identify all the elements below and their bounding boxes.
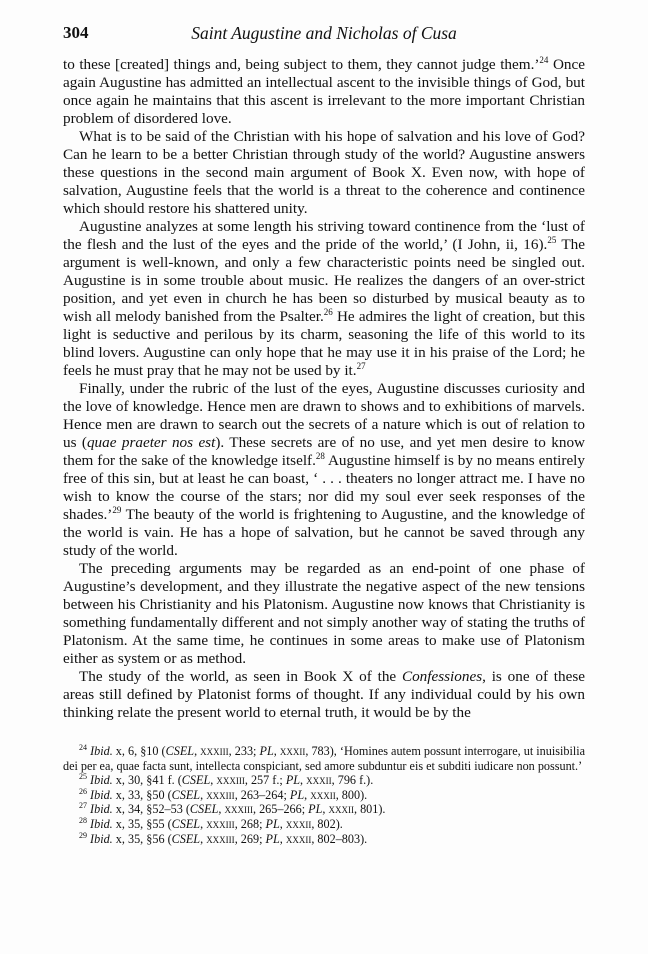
small-caps-text: xxxiii <box>224 802 253 816</box>
footnote: 24 Ibid. x, 6, §10 (CSEL, xxxiii, 233; P… <box>63 744 585 773</box>
italic-text: PL <box>260 744 274 758</box>
body-text: to these [created] things and, being sub… <box>63 56 585 722</box>
text-run: , 233; <box>229 744 260 758</box>
footnote-ref: 29 <box>112 505 121 515</box>
italic-text: Ibid. <box>90 773 113 787</box>
text-run: x, 33, §50 ( <box>113 788 172 802</box>
body-paragraph: to these [created] things and, being sub… <box>63 56 585 128</box>
italic-text: CSEL <box>166 744 194 758</box>
footnote: 28 Ibid. x, 35, §55 (CSEL, xxxiii, 268; … <box>63 817 585 832</box>
italic-text: Ibid. <box>90 788 113 802</box>
italic-text: Ibid. <box>90 744 113 758</box>
body-paragraph: Augustine analyzes at some length his st… <box>63 218 585 380</box>
small-caps-text: xxxiii <box>200 744 229 758</box>
footnote-ref: 28 <box>316 451 325 461</box>
small-caps-text: xxxii <box>306 773 332 787</box>
text-run: The preceding arguments may be regarded … <box>63 560 585 667</box>
text-run: , 268; <box>235 817 266 831</box>
italic-text: PL <box>290 788 304 802</box>
text-run: , 257 f.; <box>245 773 286 787</box>
text-run: , 802). <box>311 817 342 831</box>
italic-text: PL <box>266 817 280 831</box>
italic-text: PL <box>266 832 280 846</box>
footnote-ref: 25 <box>547 235 556 245</box>
text-run: x, 34, §52–53 ( <box>113 802 190 816</box>
book-page: 304 Saint Augustine and Nicholas of Cusa… <box>63 22 585 846</box>
text-run: What is to be said of the Christian with… <box>63 128 585 217</box>
text-run: x, 6, §10 ( <box>113 744 166 758</box>
text-run: , 269; <box>235 832 266 846</box>
italic-text: CSEL <box>182 773 210 787</box>
italic-text: PL <box>286 773 300 787</box>
footnote-number: 26 <box>79 787 87 796</box>
small-caps-text: xxxiii <box>206 817 235 831</box>
running-title: Saint Augustine and Nicholas of Cusa <box>63 22 585 44</box>
footnote-number: 25 <box>79 772 87 781</box>
footnotes: 24 Ibid. x, 6, §10 (CSEL, xxxiii, 233; P… <box>63 744 585 846</box>
text-run: , 800). <box>336 788 367 802</box>
footnote-ref: 26 <box>324 307 333 317</box>
footnote: 26 Ibid. x, 33, §50 (CSEL, xxxiii, 263–2… <box>63 788 585 803</box>
footnote: 29 Ibid. x, 35, §56 (CSEL, xxxiii, 269; … <box>63 832 585 847</box>
body-paragraph: The study of the world, as seen in Book … <box>63 668 585 722</box>
text-run: The beauty of the world is frightening t… <box>63 506 585 559</box>
footnote-number: 28 <box>79 816 87 825</box>
small-caps-text: xxxii <box>286 817 312 831</box>
body-paragraph: What is to be said of the Christian with… <box>63 128 585 218</box>
footnote: 27 Ibid. x, 34, §52–53 (CSEL, xxxiii, 26… <box>63 802 585 817</box>
text-run: The study of the world, as seen in Book … <box>79 668 402 685</box>
body-paragraph: The preceding arguments may be regarded … <box>63 560 585 668</box>
running-head: 304 Saint Augustine and Nicholas of Cusa <box>63 22 585 44</box>
small-caps-text: xxxii <box>310 788 336 802</box>
small-caps-text: xxxii <box>280 744 306 758</box>
footnote-number: 29 <box>79 831 87 840</box>
italic-text: Ibid. <box>90 832 113 846</box>
small-caps-text: xxxii <box>286 832 312 846</box>
text-run: x, 35, §56 ( <box>113 832 172 846</box>
small-caps-text: xxxiii <box>206 832 235 846</box>
italic-text: CSEL <box>172 788 200 802</box>
italic-text: PL <box>308 802 322 816</box>
small-caps-text: xxxii <box>328 802 354 816</box>
text-run: to these [created] things and, being sub… <box>63 56 539 73</box>
text-run: Augustine analyzes at some length his st… <box>63 218 585 253</box>
italic-text: Ibid. <box>90 802 113 816</box>
text-run: , 802–803). <box>311 832 367 846</box>
footnote: 25 Ibid. x, 30, §41 f. (CSEL, xxxiii, 25… <box>63 773 585 788</box>
footnote-number: 27 <box>79 801 87 810</box>
text-run: , 796 f.). <box>332 773 374 787</box>
footnote-number: 24 <box>79 743 87 752</box>
text-run: , 265–266; <box>253 802 308 816</box>
text-run: , 263–264; <box>235 788 290 802</box>
italic-text: CSEL <box>172 817 200 831</box>
text-run: x, 30, §41 f. ( <box>113 773 182 787</box>
italic-text: CSEL <box>190 802 218 816</box>
italic-text: CSEL <box>172 832 200 846</box>
footnote-ref: 27 <box>357 361 366 371</box>
body-paragraph: Finally, under the rubric of the lust of… <box>63 380 585 560</box>
small-caps-text: xxxiii <box>206 788 235 802</box>
italic-text: Confessiones <box>402 668 482 685</box>
text-run: , 801). <box>354 802 385 816</box>
italic-text: Ibid. <box>90 817 113 831</box>
italic-text: quae praeter nos est <box>87 434 215 451</box>
text-run: x, 35, §55 ( <box>113 817 172 831</box>
small-caps-text: xxxiii <box>216 773 245 787</box>
